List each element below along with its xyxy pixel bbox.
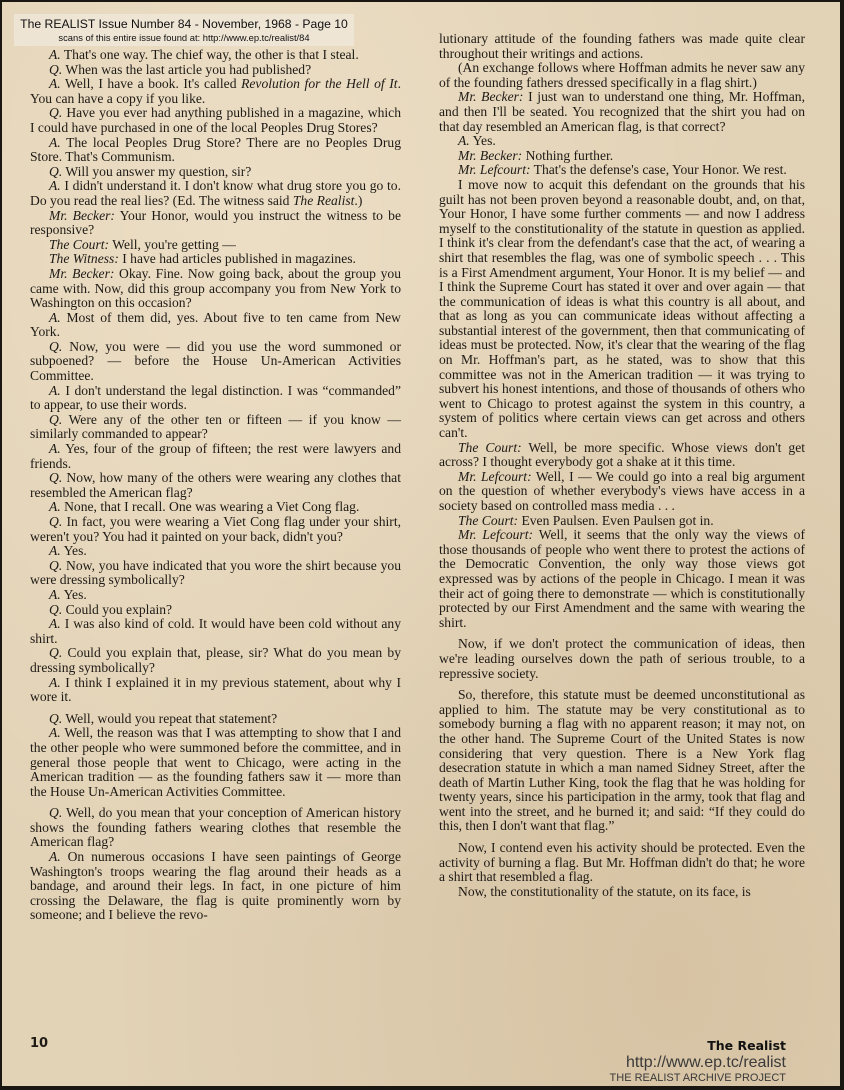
transcript-paragraph: A. Well, the reason was that I was attem… <box>30 726 401 799</box>
transcript-paragraph: Q. Well, do you mean that your conceptio… <box>30 806 401 850</box>
speaker-label: A. <box>49 178 61 193</box>
transcript-paragraph: Mr. Lefcourt: Well, it seems that the on… <box>439 528 805 630</box>
transcript-paragraph: Mr. Becker: Nothing further. <box>439 149 805 164</box>
transcript-paragraph: I move now to acquit this defendant on t… <box>439 178 805 441</box>
speaker-label: Q. <box>49 645 62 660</box>
speaker-label: Q. <box>49 514 62 529</box>
paragraph-text-tail: .) <box>354 193 362 208</box>
transcript-paragraph: (An exchange follows where Hoffman admit… <box>439 61 805 90</box>
speaker-label: A. <box>49 543 61 558</box>
transcript-paragraph: Q. Could you explain? <box>30 603 401 618</box>
issue-source-note: scans of this entire issue found at: htt… <box>14 32 354 44</box>
speaker-label: The Court: <box>458 513 518 528</box>
transcript-paragraph: Now, the constitutionality of the statut… <box>439 885 805 900</box>
transcript-paragraph: Now, I contend even his activity should … <box>439 841 805 885</box>
transcript-paragraph: Q. Could you explain that, please, sir? … <box>30 646 401 675</box>
speaker-label: The Witness: <box>49 251 119 266</box>
transcript-paragraph: Q. Now, how many of the others were wear… <box>30 471 401 500</box>
archive-url: http://www.ep.tc/realist <box>610 1054 786 1071</box>
transcript-paragraph: A. Most of them did, yes. About five to … <box>30 311 401 340</box>
paragraph-text: Well, would you repeat that statement? <box>62 711 277 726</box>
transcript-paragraph: A. Yes, four of the group of fifteen; th… <box>30 442 401 471</box>
transcript-paragraph: A. I think I explained it in my previous… <box>30 676 401 705</box>
speaker-label: A. <box>49 310 61 325</box>
paragraph-text: Now, how many of the others were wearing… <box>30 470 401 500</box>
speaker-label: A. <box>458 133 470 148</box>
paragraph-text: Yes. <box>470 133 496 148</box>
transcript-paragraph: Q. In fact, you were wearing a Viet Cong… <box>30 515 401 544</box>
paragraph-text: Now, the constitutionality of the statut… <box>458 884 751 899</box>
paragraph-text: Now, if we don't protect the communicati… <box>439 636 805 680</box>
transcript-paragraph: The Court: Well, you're getting — <box>30 238 401 253</box>
speaker-label: Mr. Lefcourt: <box>458 469 532 484</box>
speaker-label: The Court: <box>49 237 109 252</box>
paragraph-text: I don't understand the legal distinction… <box>30 383 401 413</box>
transcript-paragraph: A. Well, I have a book. It's called Revo… <box>30 77 401 106</box>
paragraph-text: I think I explained it in my previous st… <box>30 675 401 705</box>
speaker-label: A. <box>49 725 61 740</box>
speaker-label: A. <box>49 47 61 62</box>
paragraph-text: In fact, you were wearing a Viet Cong fl… <box>30 514 401 544</box>
transcript-paragraph: A. None, that I recall. One was wearing … <box>30 500 401 515</box>
transcript-paragraph: Now, if we don't protect the communicati… <box>439 637 805 681</box>
transcript-paragraph: A. On numerous occasions I have seen pai… <box>30 850 401 923</box>
italic-title: The Realist <box>293 193 355 208</box>
transcript-paragraph: Mr. Becker: I just wan to understand one… <box>439 90 805 134</box>
speaker-label: A. <box>49 499 61 514</box>
page-number: 10 <box>30 1036 48 1051</box>
transcript-paragraph: A. That's one way. The chief way, the ot… <box>30 48 401 63</box>
speaker-label: Q. <box>49 62 62 77</box>
paragraph-text: I move now to acquit this defendant on t… <box>439 177 805 440</box>
paragraph-text: Have you ever had anything published in … <box>30 105 401 135</box>
transcript-paragraph: Q. Now, you were — did you use the word … <box>30 340 401 384</box>
paragraph-text: Well, you're getting — <box>109 237 236 252</box>
paragraph-text: Even Paulsen. Even Paulsen got in. <box>518 513 714 528</box>
transcript-paragraph: A. The local Peoples Drug Store? There a… <box>30 136 401 165</box>
speaker-label: A. <box>49 849 61 864</box>
paragraph-text: When was the last article you had publis… <box>62 62 311 77</box>
transcript-paragraph: Q. Will you answer my question, sir? <box>30 165 401 180</box>
transcript-paragraph: Q. Well, would you repeat that statement… <box>30 712 401 727</box>
italic-title: Revolution for the Hell of It <box>241 76 398 91</box>
paragraph-text: The local Peoples Drug Store? There are … <box>30 135 401 165</box>
paragraph-text: Now, you have indicated that you wore th… <box>30 558 401 588</box>
speaker-label: A. <box>49 587 61 602</box>
transcript-paragraph: lutionary attitude of the founding fathe… <box>439 32 805 61</box>
transcript-paragraph: Mr. Becker: Your Honor, would you instru… <box>30 209 401 238</box>
speaker-label: Q. <box>49 558 62 573</box>
speaker-label: Mr. Becker: <box>49 266 114 281</box>
paragraph-text: Now, you were — did you use the word sum… <box>30 339 401 383</box>
transcript-paragraph: The Court: Even Paulsen. Even Paulsen go… <box>439 514 805 529</box>
transcript-paragraph: A. Yes. <box>30 544 401 559</box>
transcript-paragraph: The Court: Well, be more specific. Whose… <box>439 441 805 470</box>
transcript-paragraph: A. I was also kind of cold. It would hav… <box>30 617 401 646</box>
speaker-label: A. <box>49 675 61 690</box>
speaker-label: Mr. Becker: <box>458 89 523 104</box>
speaker-label: A. <box>49 616 61 631</box>
paragraph-text: Were any of the other ten or fifteen — i… <box>30 412 401 442</box>
speaker-label: Q. <box>49 805 62 820</box>
transcript-paragraph: A. Yes. <box>30 588 401 603</box>
speaker-label: A. <box>49 76 61 91</box>
paragraph-text: Well, I have a book. It's called <box>61 76 241 91</box>
paragraph-text: Well, it seems that the only way the vie… <box>439 527 805 630</box>
paragraph-text: Could you explain that, please, sir? Wha… <box>30 645 401 675</box>
speaker-label: Q. <box>49 105 62 120</box>
transcript-paragraph: A. Yes. <box>439 134 805 149</box>
paragraph-text: Now, I contend even his activity should … <box>439 840 805 884</box>
paragraph-text: (An exchange follows where Hoffman admit… <box>439 60 805 90</box>
paragraph-text: I have had articles published in magazin… <box>119 251 356 266</box>
transcript-paragraph: Q. Have you ever had anything published … <box>30 106 401 135</box>
paragraph-text: lutionary attitude of the founding fathe… <box>439 31 805 61</box>
transcript-paragraph: Q. Were any of the other ten or fifteen … <box>30 413 401 442</box>
paragraph-text: That's the defense's case, Your Honor. W… <box>531 162 787 177</box>
speaker-label: The Court: <box>458 440 522 455</box>
paragraph-text: Could you explain? <box>62 602 172 617</box>
paragraph-text: Yes. <box>61 587 87 602</box>
magazine-page: The REALIST Issue Number 84 - November, … <box>2 2 840 1086</box>
paragraph-text: Most of them did, yes. About five to ten… <box>30 310 401 340</box>
speaker-label: Q. <box>49 339 62 354</box>
paragraph-text: On numerous occasions I have seen painti… <box>30 849 401 922</box>
paragraph-text: Well, the reason was that I was attempti… <box>30 725 401 798</box>
speaker-label: Q. <box>49 602 62 617</box>
speaker-label: Q. <box>49 711 62 726</box>
speaker-label: Q. <box>49 470 62 485</box>
speaker-label: A. <box>49 135 61 150</box>
speaker-label: Mr. Lefcourt: <box>458 162 531 177</box>
paragraph-text: So, therefore, this statute must be deem… <box>439 687 805 833</box>
speaker-label: Q. <box>49 164 62 179</box>
right-text-column: lutionary attitude of the founding fathe… <box>439 32 805 899</box>
paragraph-text: That's one way. The chief way, the other… <box>61 47 359 62</box>
transcript-paragraph: Mr. Becker: Okay. Fine. Now going back, … <box>30 267 401 311</box>
speaker-label: Mr. Becker: <box>49 208 115 223</box>
archive-header-banner: The REALIST Issue Number 84 - November, … <box>14 14 354 46</box>
speaker-label: A. <box>49 383 61 398</box>
speaker-label: Mr. Becker: <box>458 148 522 163</box>
transcript-paragraph: Q. Now, you have indicated that you wore… <box>30 559 401 588</box>
left-text-column: A. That's one way. The chief way, the ot… <box>30 48 401 923</box>
archive-project-name: THE REALIST ARCHIVE PROJECT <box>610 1071 786 1085</box>
paragraph-text: Will you answer my question, sir? <box>62 164 251 179</box>
paragraph-text: Yes, four of the group of fifteen; the r… <box>30 441 401 471</box>
paragraph-text: Well, do you mean that your conception o… <box>30 805 401 849</box>
issue-title: The REALIST Issue Number 84 - November, … <box>14 14 354 32</box>
paragraph-text: I was also kind of cold. It would have b… <box>30 616 401 646</box>
footer-credits: The Realist http://www.ep.tc/realist THE… <box>610 1038 786 1085</box>
speaker-label: A. <box>49 441 61 456</box>
transcript-paragraph: Mr. Lefcourt: Well, I — We could go into… <box>439 470 805 514</box>
paragraph-text: None, that I recall. One was wearing a V… <box>61 499 360 514</box>
speaker-label: Q. <box>49 412 62 427</box>
transcript-paragraph: A. I don't understand the legal distinct… <box>30 384 401 413</box>
speaker-label: Mr. Lefcourt: <box>458 527 533 542</box>
paragraph-text: Nothing further. <box>522 148 613 163</box>
paragraph-text: Yes. <box>61 543 87 558</box>
transcript-paragraph: So, therefore, this statute must be deem… <box>439 688 805 834</box>
transcript-paragraph: The Witness: I have had articles publish… <box>30 252 401 267</box>
transcript-paragraph: A. I didn't understand it. I don't know … <box>30 179 401 208</box>
magazine-brand: The Realist <box>610 1038 786 1054</box>
transcript-paragraph: Mr. Lefcourt: That's the defense's case,… <box>439 163 805 178</box>
transcript-paragraph: Q. When was the last article you had pub… <box>30 63 401 78</box>
